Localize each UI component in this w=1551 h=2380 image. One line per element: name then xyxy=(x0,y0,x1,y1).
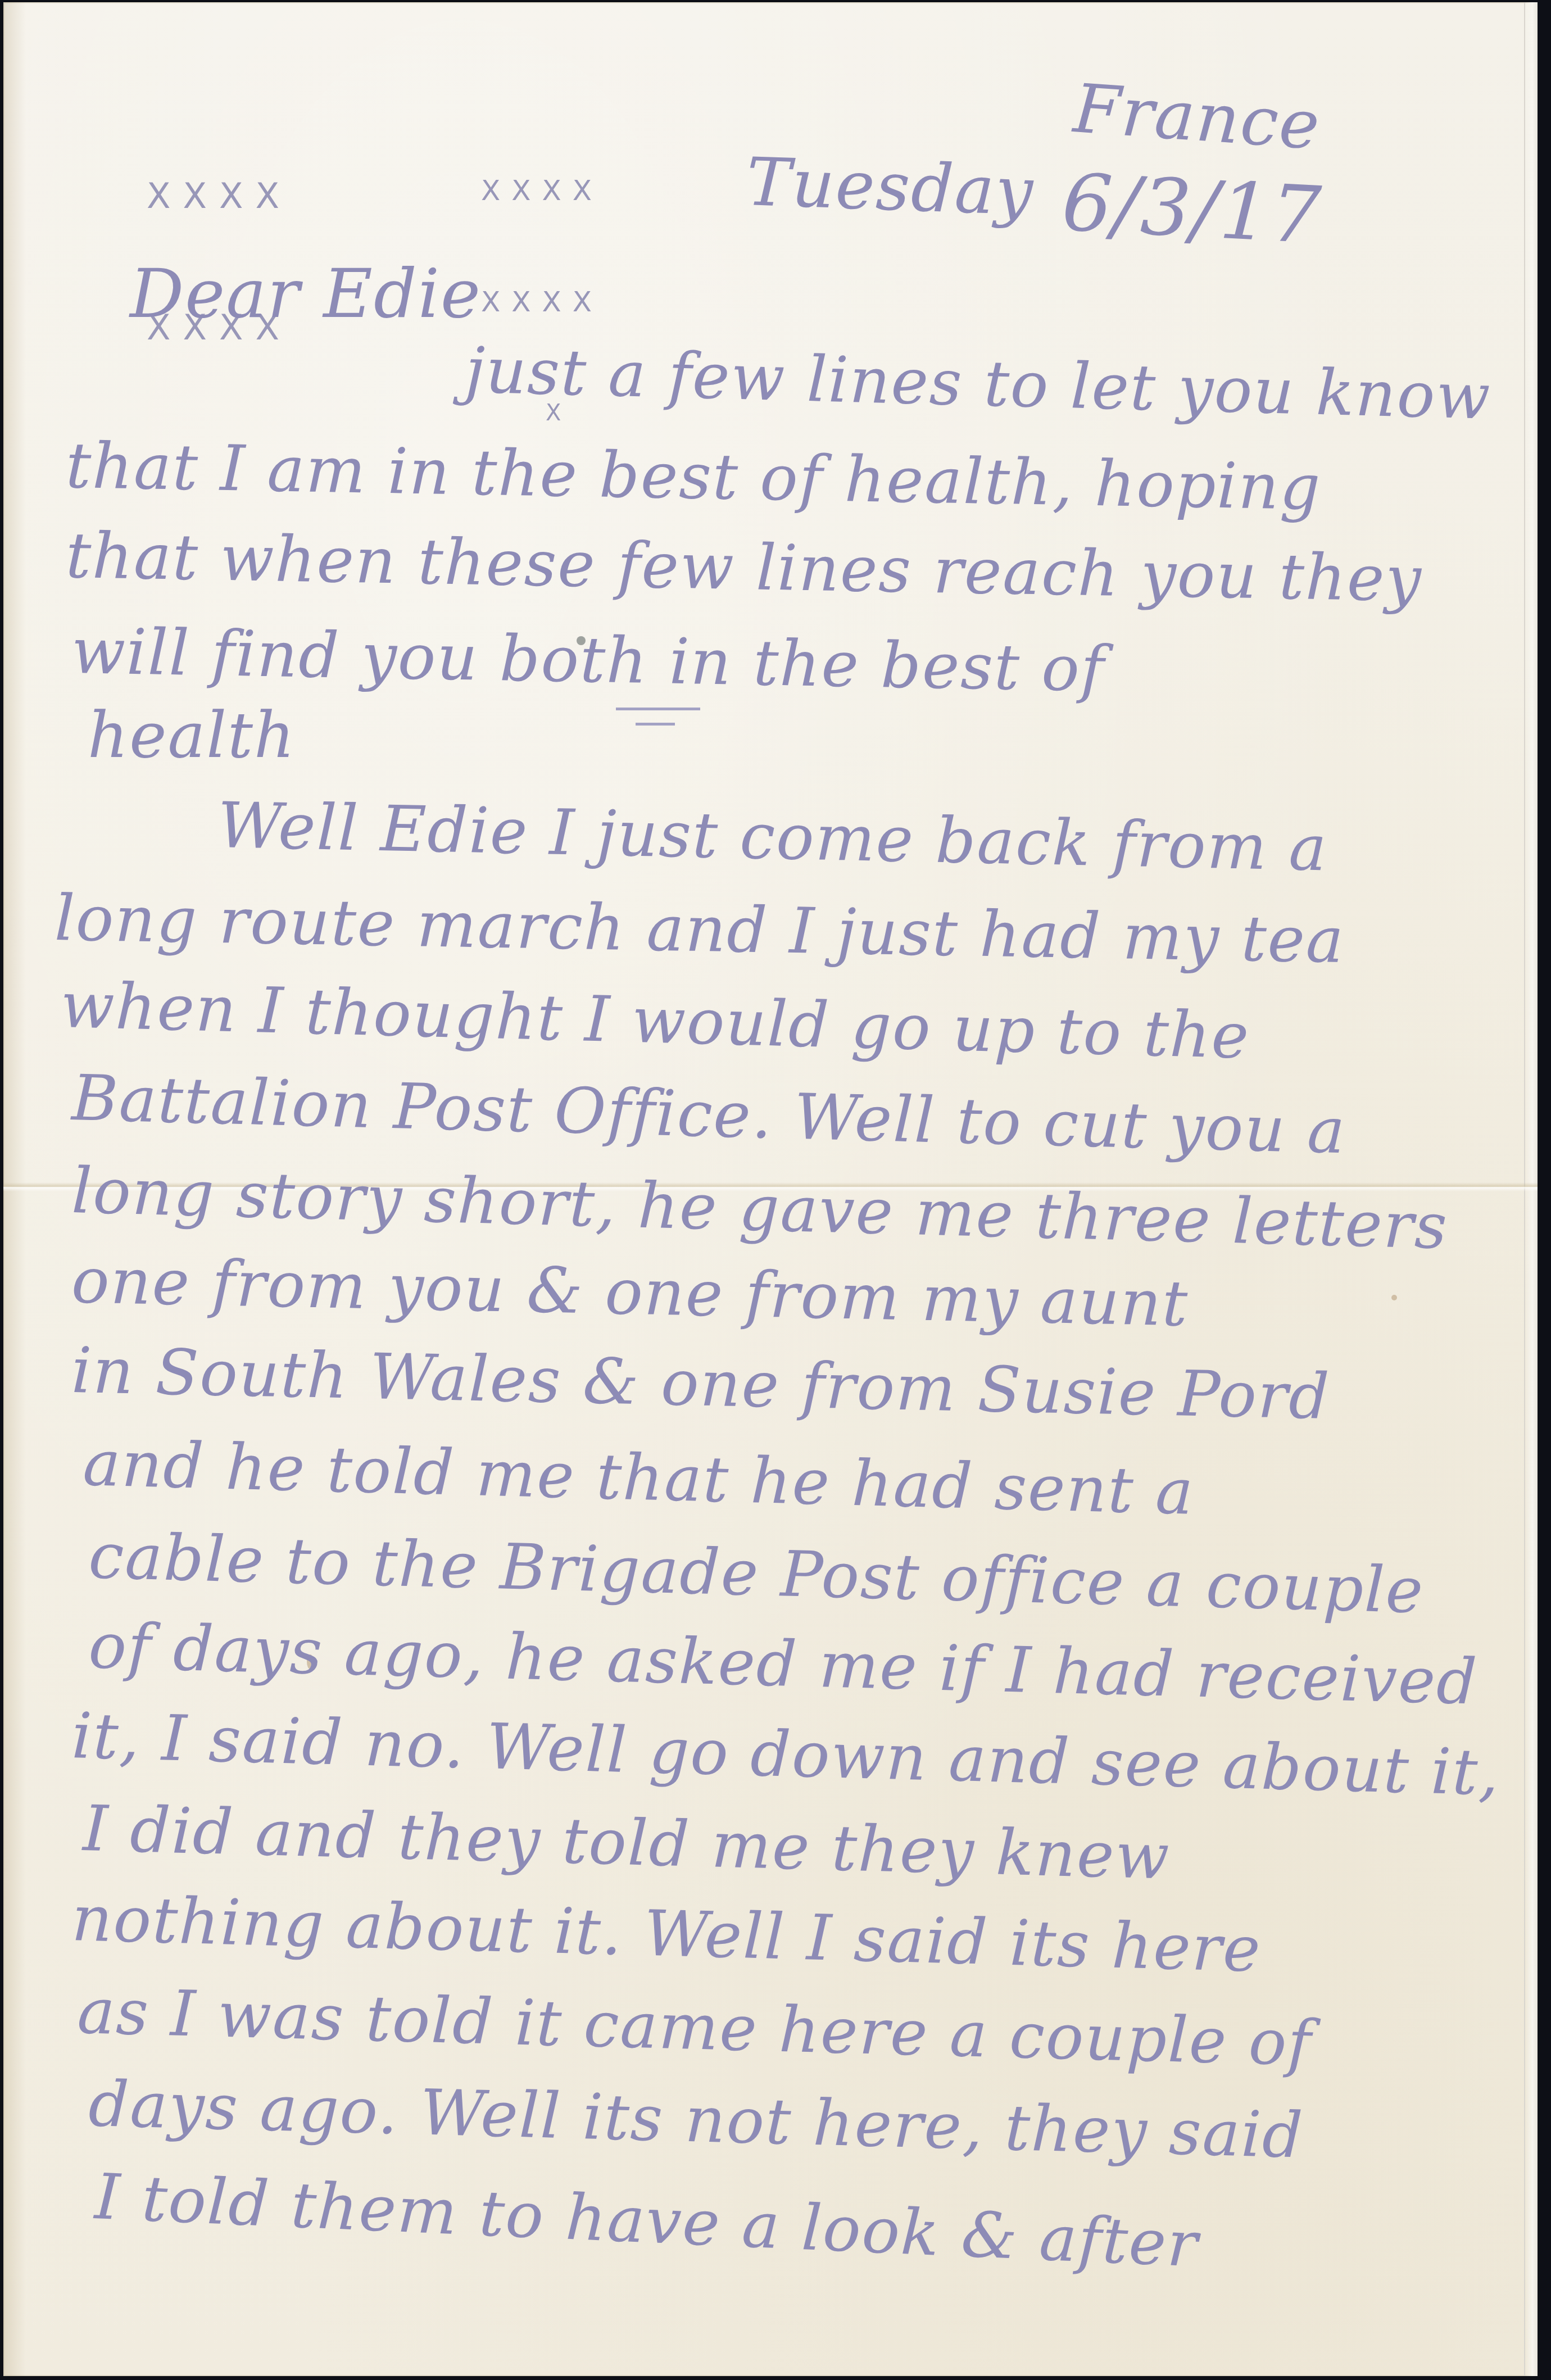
body-line: one from you & one from my aunt xyxy=(71,1244,1189,1341)
letter-page: XXXX XXXX XXXX XXXX X Tuesday France 6/3… xyxy=(3,2,1538,2376)
body-line: I told them to have a look & after xyxy=(93,2160,1200,2282)
body-line: long route march and I just had my tea xyxy=(54,882,1345,977)
age-spot xyxy=(1391,1295,1397,1300)
body-line: I did and they told me they knew xyxy=(82,1792,1171,1894)
body-line: it, I said no. Well go down and see abou… xyxy=(71,1699,1500,1810)
letter-place: France xyxy=(1071,70,1323,165)
body-line: that I am in the best of health, hoping xyxy=(65,429,1322,524)
scan-background: XXXX XXXX XXXX XXXX X Tuesday France 6/3… xyxy=(0,0,1551,2380)
letter-day: Tuesday xyxy=(745,143,1035,230)
body-line: of days ago, he asked me if I had receiv… xyxy=(88,1610,1479,1719)
letter-date: 6/3/17 xyxy=(1060,157,1325,262)
body-line: cable to the Brigade Post office a coupl… xyxy=(88,1520,1425,1628)
body-line: as I was told it came here a couple of xyxy=(76,1975,1313,2080)
body-line: that when these few lines reach you they xyxy=(65,519,1423,616)
kisses-row: XXXX xyxy=(147,174,292,218)
body-line: Battalion Post Office. Well to cut you a xyxy=(71,1062,1347,1168)
body-line: Well Edie I just come back from a xyxy=(217,789,1328,885)
body-line: when I thought I would go up to the xyxy=(60,969,1251,1073)
body-line: will find you both in the best of xyxy=(71,615,1105,706)
underline-both xyxy=(616,708,700,724)
kisses-row: XXXX xyxy=(481,172,603,209)
body-line: nothing about it. Well I said its here xyxy=(71,1882,1262,1986)
body-line: days ago. Well its not here, they said xyxy=(88,2068,1305,2173)
body-line: long story short, he gave me three lette… xyxy=(71,1154,1449,1263)
body-line: in South Wales & one from Susie Pord xyxy=(71,1334,1331,1434)
body-line: just a few lines to let you know xyxy=(464,334,1492,434)
body-line: and he told me that he had sent a xyxy=(82,1427,1195,1529)
body-line: health xyxy=(88,699,296,772)
salutation: Dear Edie xyxy=(130,255,482,333)
kisses-row: XXXX xyxy=(481,283,603,320)
